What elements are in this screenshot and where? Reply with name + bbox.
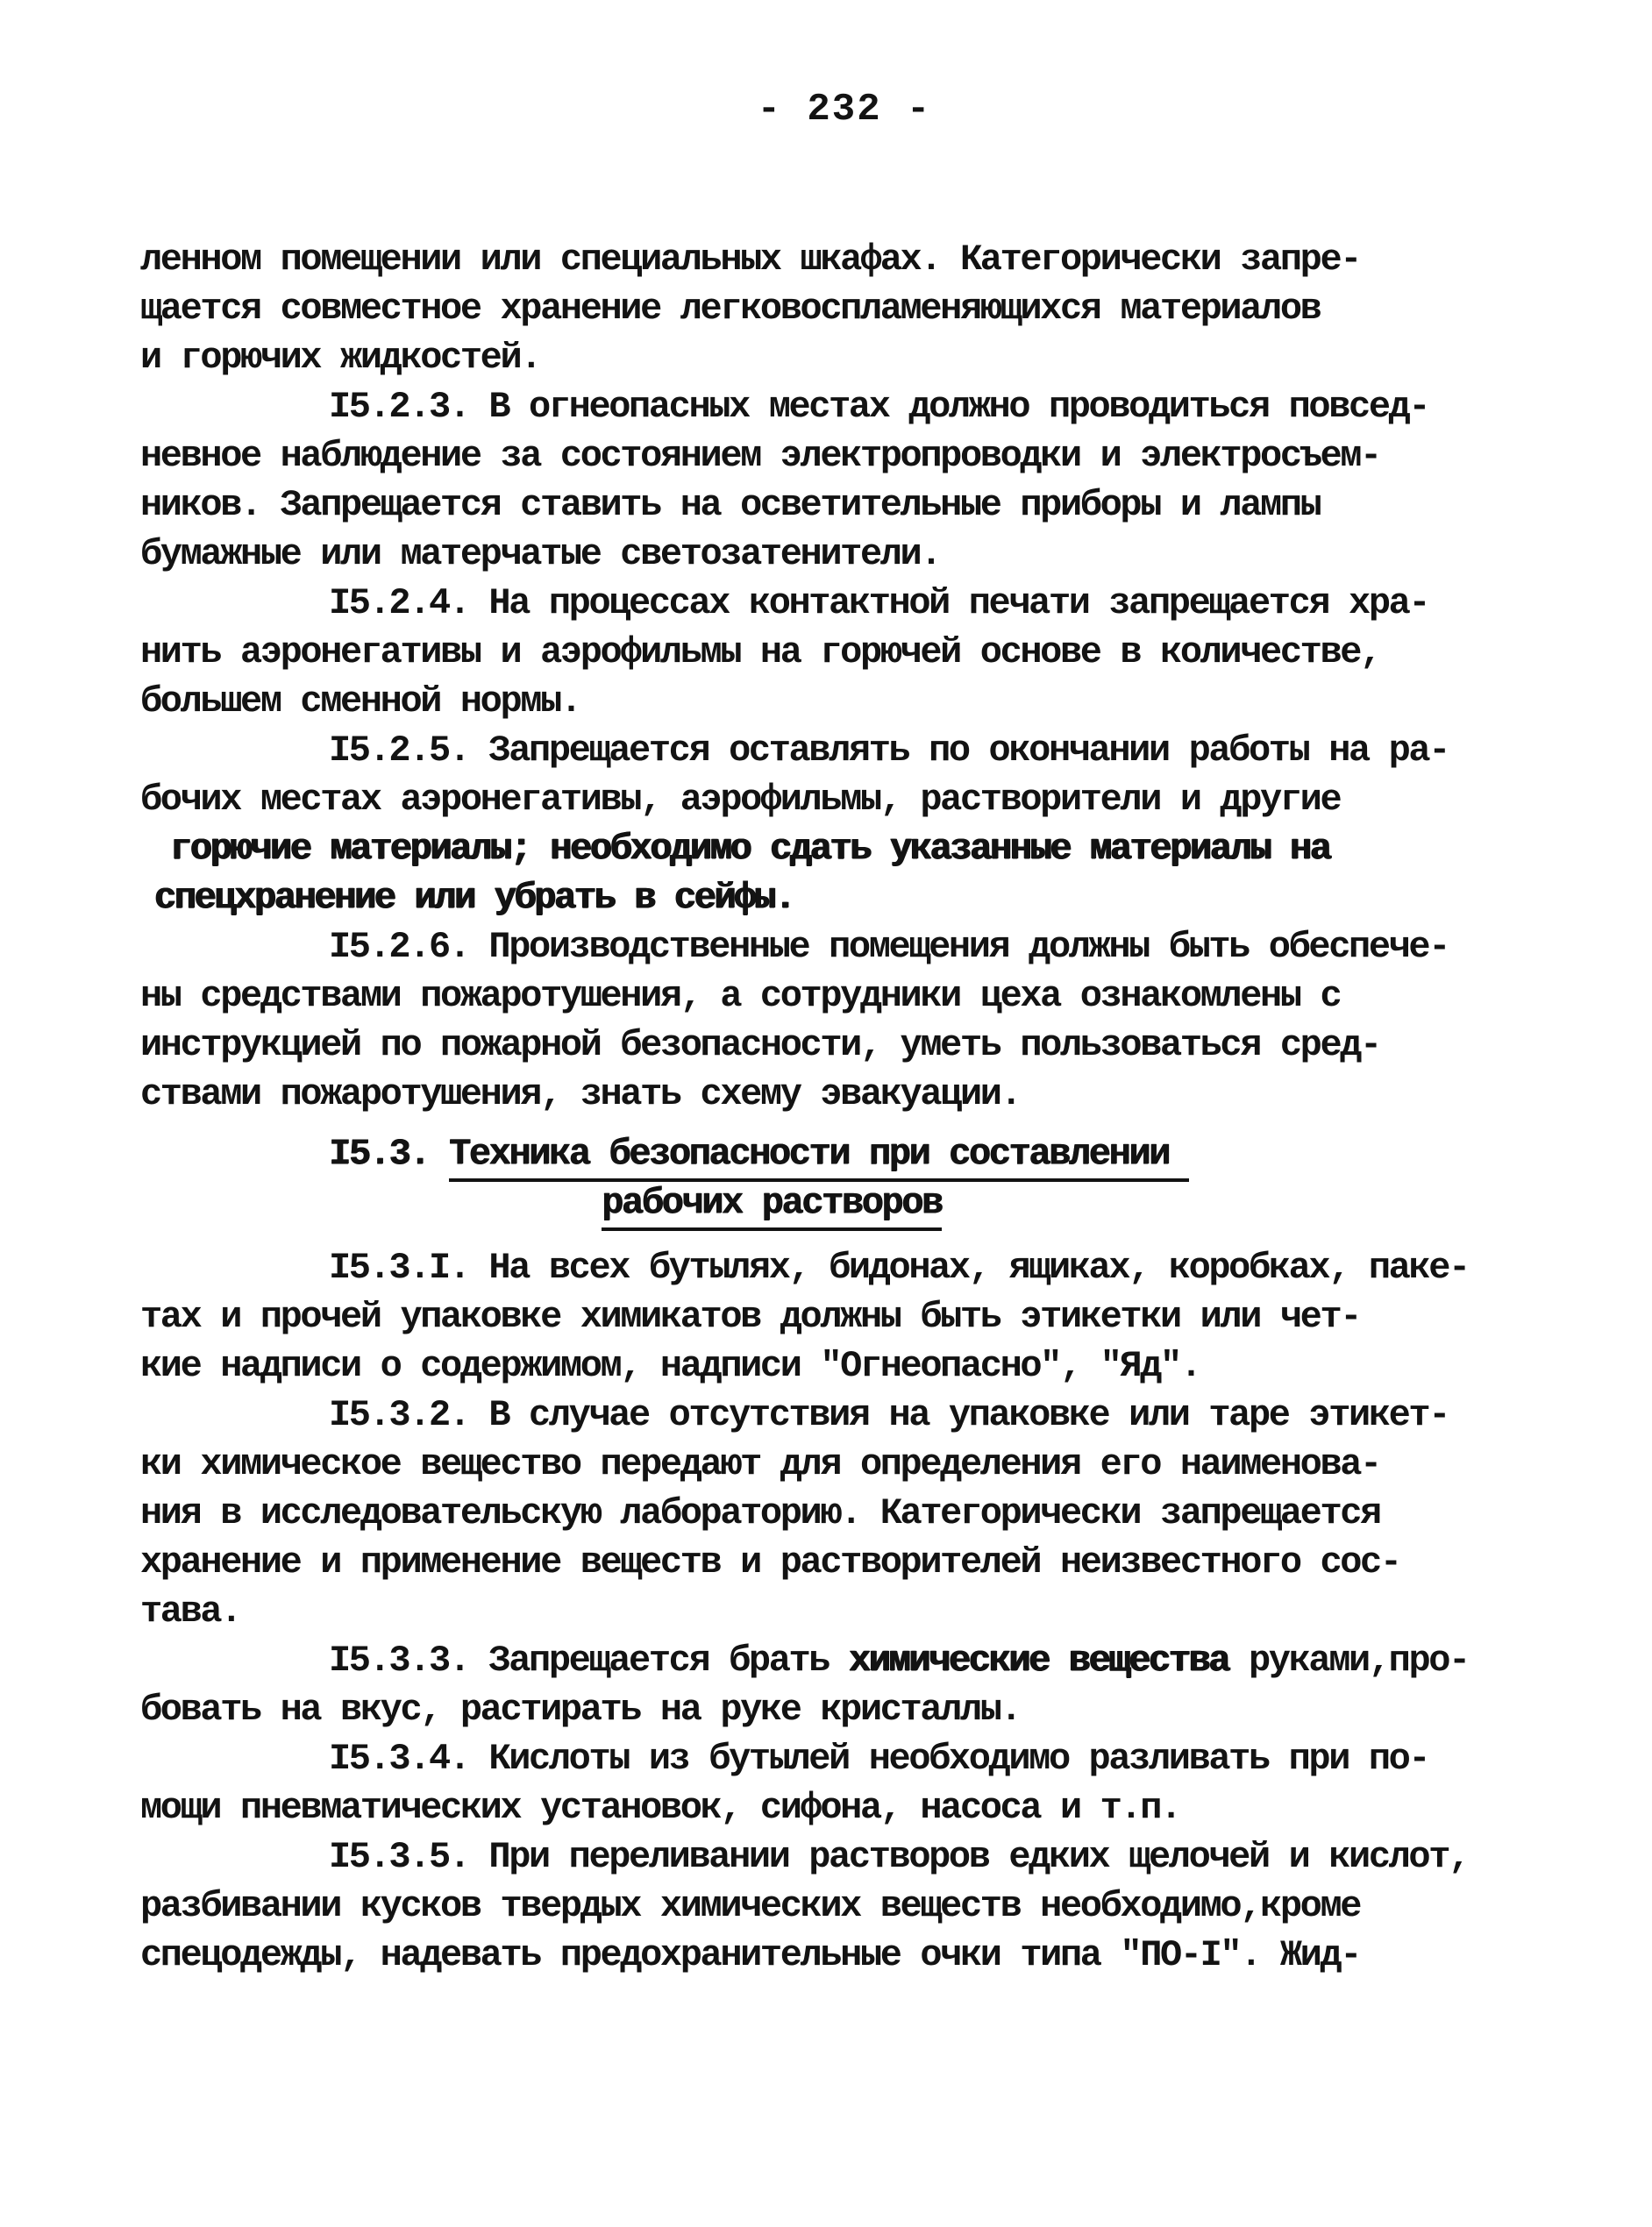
text-line: хранение и применение веществ и раствори… <box>140 1538 1578 1587</box>
text-line: тава. <box>140 1587 1578 1636</box>
text-line: большем сменной нормы. <box>140 677 1578 726</box>
text-segment: ленном помещении или специальных шкафах.… <box>140 238 1360 281</box>
text-segment: I5.3.4. Кислоты из бутылей необходимо ра… <box>329 1738 1428 1780</box>
text-line: I5.3.2. В случае отсутствия на упаковке … <box>140 1391 1578 1440</box>
text-line: I5.3.I. На всех бутылях, бидонах, ящиках… <box>140 1243 1578 1292</box>
text-line: ния в исследовательскую лабораторию. Кат… <box>140 1489 1578 1538</box>
text-segment: I5.2.3. В огнеопасных местах должно пров… <box>329 386 1428 428</box>
text-line: тах и прочей упаковке химикатов должны б… <box>140 1292 1578 1341</box>
document-page: - 232 - ленном помещении или специальных… <box>0 0 1652 2227</box>
text-line: инструкцией по пожарной безопасности, ум… <box>140 1021 1578 1070</box>
text-line: ки химическое вещество передают для опре… <box>140 1440 1578 1489</box>
text-segment: ния в исследовательскую лабораторию. Кат… <box>140 1492 1380 1534</box>
section-heading-line: рабочих растворов <box>140 1178 1578 1227</box>
text-line: и горючих жидкостей. <box>140 333 1578 382</box>
text-segment: I5.3.I. На всех бутылях, бидонах, ящиках… <box>329 1247 1469 1289</box>
text-segment: спецодежды, надевать предохранительные о… <box>140 1934 1360 1976</box>
text-segment: I5.3.3. Запрещается брать <box>329 1640 849 1682</box>
text-segment: щается совместное хранение легковоспламе… <box>140 288 1320 330</box>
text-line: ны средствами пожаротушения, а сотрудник… <box>140 971 1578 1021</box>
text-segment: инструкцией по пожарной безопасности, ум… <box>140 1024 1380 1066</box>
text-segment: спецхранение или убрать в сейфы. <box>154 877 794 919</box>
text-segment: бовать на вкус, растирать на руке криста… <box>140 1689 1020 1731</box>
text-segment: ны средствами пожаротушения, а сотрудник… <box>140 975 1340 1017</box>
text-segment: I5.3.5. При переливании растворов едких … <box>329 1836 1469 1878</box>
text-line: горючие материалы; необходимо сдать указ… <box>170 824 1578 873</box>
text-segment: бумажные или матерчатые светозатенители. <box>140 533 940 575</box>
text-segment: I5.2.5. Запрещается оставлять по окончан… <box>329 729 1449 772</box>
text-line: ленном помещении или специальных шкафах.… <box>140 235 1578 284</box>
text-line: мощи пневматических установок, сифона, н… <box>140 1783 1578 1832</box>
text-line: кие надписи о содержимом, надписи "Огнео… <box>140 1341 1578 1391</box>
text-line: ствами пожаротушения, знать схему эвакуа… <box>140 1070 1578 1119</box>
text-line: нить аэронегативы и аэрофильмы на горюче… <box>140 628 1578 677</box>
text-line: ников. Запрещается ставить на осветитель… <box>140 480 1578 530</box>
text-segment: разбивании кусков твердых химических вещ… <box>140 1885 1360 1927</box>
text-line: спецодежды, надевать предохранительные о… <box>140 1931 1578 1980</box>
text-segment: невное наблюдение за состоянием электроп… <box>140 435 1380 477</box>
text-line: I5.2.5. Запрещается оставлять по окончан… <box>140 726 1578 775</box>
text-line: бочих местах аэронегативы, аэрофильмы, р… <box>140 775 1578 824</box>
text-segment: и горючих жидкостей. <box>140 337 540 379</box>
text-segment: I5.3. <box>329 1133 449 1175</box>
text-segment: бочих местах аэронегативы, аэрофильмы, р… <box>140 779 1340 821</box>
text-line: спецхранение или убрать в сейфы. <box>154 873 1578 922</box>
page-number: - 232 - <box>758 88 932 132</box>
text-line: бовать на вкус, растирать на руке криста… <box>140 1685 1578 1734</box>
text-segment: ки химическое вещество передают для опре… <box>140 1443 1380 1485</box>
text-line: I5.3.3. Запрещается брать химические вещ… <box>140 1636 1578 1685</box>
text-line: разбивании кусков твердых химических вещ… <box>140 1882 1578 1931</box>
text-segment: мощи пневматических установок, сифона, н… <box>140 1787 1180 1829</box>
text-line: I5.3.5. При переливании растворов едких … <box>140 1832 1578 1882</box>
text-segment: ников. Запрещается ставить на осветитель… <box>140 484 1320 526</box>
text-segment: горючие материалы; необходимо сдать указ… <box>170 828 1330 870</box>
text-segment: I5.2.6. Производственные помещения должн… <box>329 926 1449 968</box>
underlined-text-segment: Техника безопасности при составлении <box>449 1133 1189 1182</box>
text-segment: ствами пожаротушения, знать схему эвакуа… <box>140 1073 1020 1115</box>
text-segment: химические вещества <box>849 1640 1228 1682</box>
underlined-text-segment: рабочих растворов <box>602 1182 942 1231</box>
document-body: ленном помещении или специальных шкафах.… <box>140 235 1578 1980</box>
text-segment: I5.2.4. На процессах контактной печати з… <box>329 582 1428 624</box>
text-segment: большем сменной нормы. <box>140 680 580 722</box>
text-line: I5.2.4. На процессах контактной печати з… <box>140 579 1578 628</box>
text-segment: I5.3.2. В случае отсутствия на упаковке … <box>329 1394 1449 1436</box>
text-segment: руками,про- <box>1228 1640 1469 1682</box>
text-line: щается совместное хранение легковоспламе… <box>140 284 1578 333</box>
text-segment: нить аэронегативы и аэрофильмы на горюче… <box>140 631 1380 673</box>
text-segment: хранение и применение веществ и раствори… <box>140 1541 1400 1583</box>
text-segment: кие надписи о содержимом, надписи "Огнео… <box>140 1345 1200 1387</box>
text-line: бумажные или матерчатые светозатенители. <box>140 530 1578 579</box>
text-segment: тава. <box>140 1590 240 1633</box>
text-line: I5.2.3. В огнеопасных местах должно пров… <box>140 382 1578 431</box>
section-heading-line: I5.3. Техника безопасности при составлен… <box>140 1129 1578 1178</box>
text-line: I5.2.6. Производственные помещения должн… <box>140 922 1578 971</box>
text-segment: тах и прочей упаковке химикатов должны б… <box>140 1296 1360 1338</box>
text-line: I5.3.4. Кислоты из бутылей необходимо ра… <box>140 1734 1578 1783</box>
text-line: невное наблюдение за состоянием электроп… <box>140 431 1578 480</box>
